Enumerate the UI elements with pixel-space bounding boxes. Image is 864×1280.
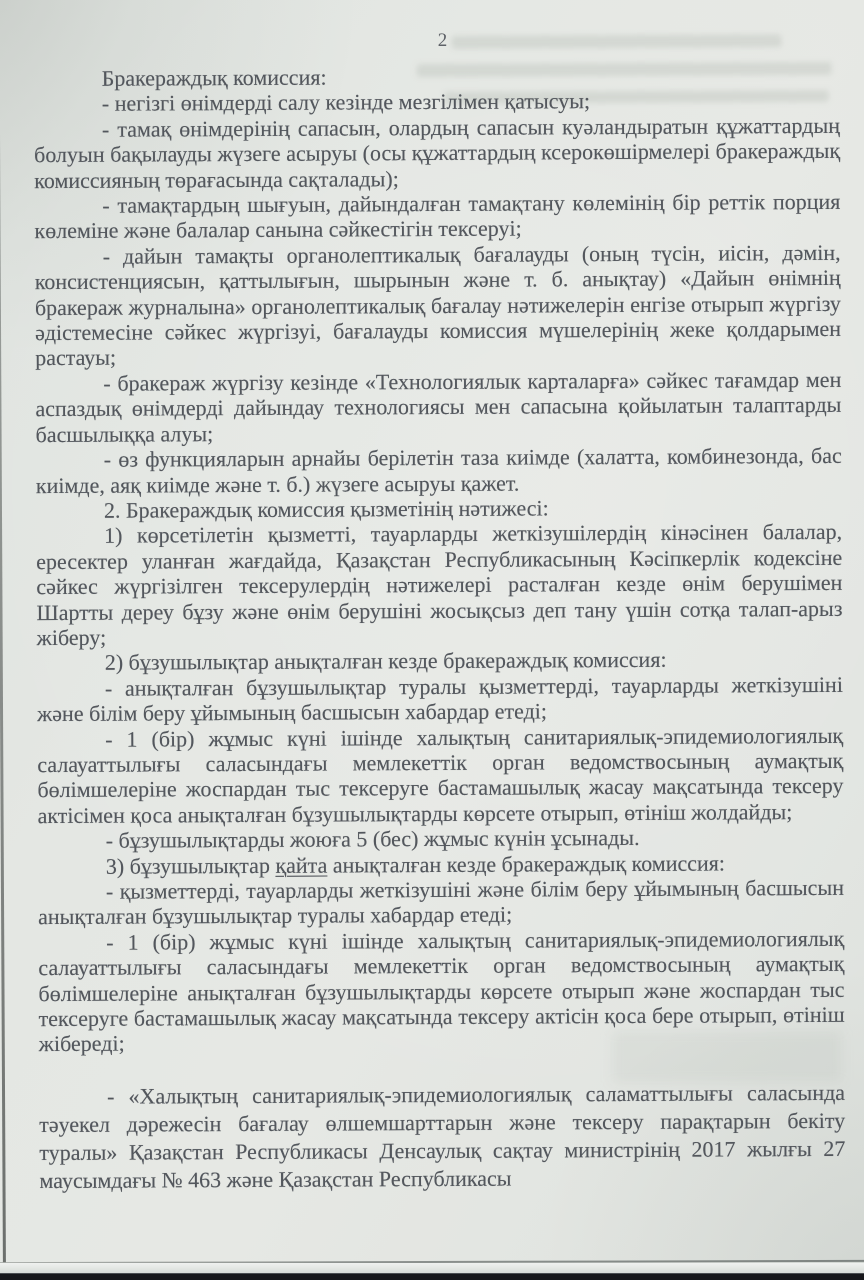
scanned-document-page: { "page": { "number": "2" }, "colors": {… [0, 0, 864, 1280]
result-item-1: 1) көрсетілетін қызметті, тауарларды жет… [36, 519, 843, 650]
ink-bleed-artifact [452, 34, 782, 49]
result-3-sub-2: - 1 (бір) жұмыс күні ішінде халықтың сан… [38, 926, 845, 1057]
reference-paragraph: - «Халықтың санитариялық-эпидемиологиялы… [39, 1079, 846, 1195]
result-3-sub-1: - қызметтерді, тауарларды жеткізушіні жә… [38, 875, 844, 930]
page-left-edge-shadow [0, 88, 6, 1266]
result-2-sub-2: - 1 (бір) жұмыс күні ішінде халықтың сан… [37, 722, 844, 828]
duty-item-3: - тамақтардың шығуын, дайындалған тамақт… [34, 189, 840, 244]
result-3-pre: 3) бұзушылықтар [106, 852, 276, 878]
result-3-post: анықталған кезде бракераждық комиссия: [327, 850, 725, 877]
duty-item-2: - тамақ өнімдерінің сапасын, олардың сап… [34, 113, 840, 193]
result-2-sub-1: - анықталған бұзушылықтар туралы қызметт… [37, 672, 843, 727]
duty-item-5: - бракераж жүргізу кезінде «Технологиялы… [35, 367, 841, 447]
underlined-word: қайта [275, 852, 327, 877]
duty-item-6: - өз функцияларын арнайы берілетін таза … [36, 443, 842, 498]
document-body: Бракераждық комиссия: - негізгі өнімдерд… [34, 62, 846, 1195]
scan-background-bar [0, 1274, 864, 1280]
duty-item-4: - дайын тамақты органолептикалық бағалау… [35, 240, 842, 371]
page-bottom-edge-highlight [0, 1263, 864, 1274]
page-sheet: 2 Бракераждық комиссия: - негізгі өнімде… [0, 0, 864, 1280]
